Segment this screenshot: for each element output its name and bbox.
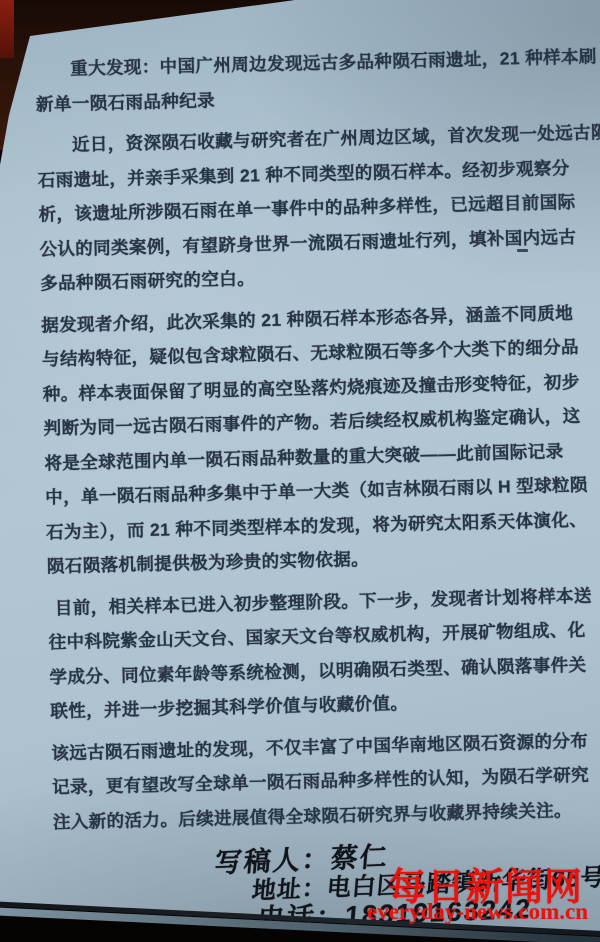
red-object-edge	[0, 0, 14, 58]
document-photo: 重大发现：中国广州周边发现远古多品种陨石雨遗址，21 种样本刷新单一陨石雨品种纪…	[0, 0, 600, 942]
watermark-site-url: everyday-news.com.cn	[367, 899, 588, 925]
document-text: 重大发现：中国广州周边发现远古多品种陨石雨遗址，21 种样本刷新单一陨石雨品种纪…	[35, 40, 597, 840]
document-paragraph: 该远古陨石雨遗址的发现，不仅丰富了中国华南地区陨石资源的分布记录，更有望改写全球…	[51, 723, 597, 839]
document-title: 重大发现：中国广州周边发现远古多品种陨石雨遗址，21 种样本刷新单一陨石雨品种纪…	[35, 40, 580, 122]
stray-pen-mark	[517, 249, 528, 252]
document-paragraph: 近日，资深陨石收藏与研究者在广州周边区域，首次发现一处远古陨石雨遗址，并亲手采集…	[37, 116, 585, 301]
document-paragraph: 目前，相关样本已进入初步整理阶段。下一步，发现者计划将样本送往中科院紫金山天文台…	[47, 578, 594, 729]
document-body: 近日，资深陨石收藏与研究者在广州周边区域，首次发现一处远古陨石雨遗址，并亲手采集…	[37, 116, 598, 840]
document-paragraph: 据发现者介绍，此次采集的 21 种陨石样本形态各异，涵盖不同质地与结构特征，疑似…	[41, 295, 591, 584]
